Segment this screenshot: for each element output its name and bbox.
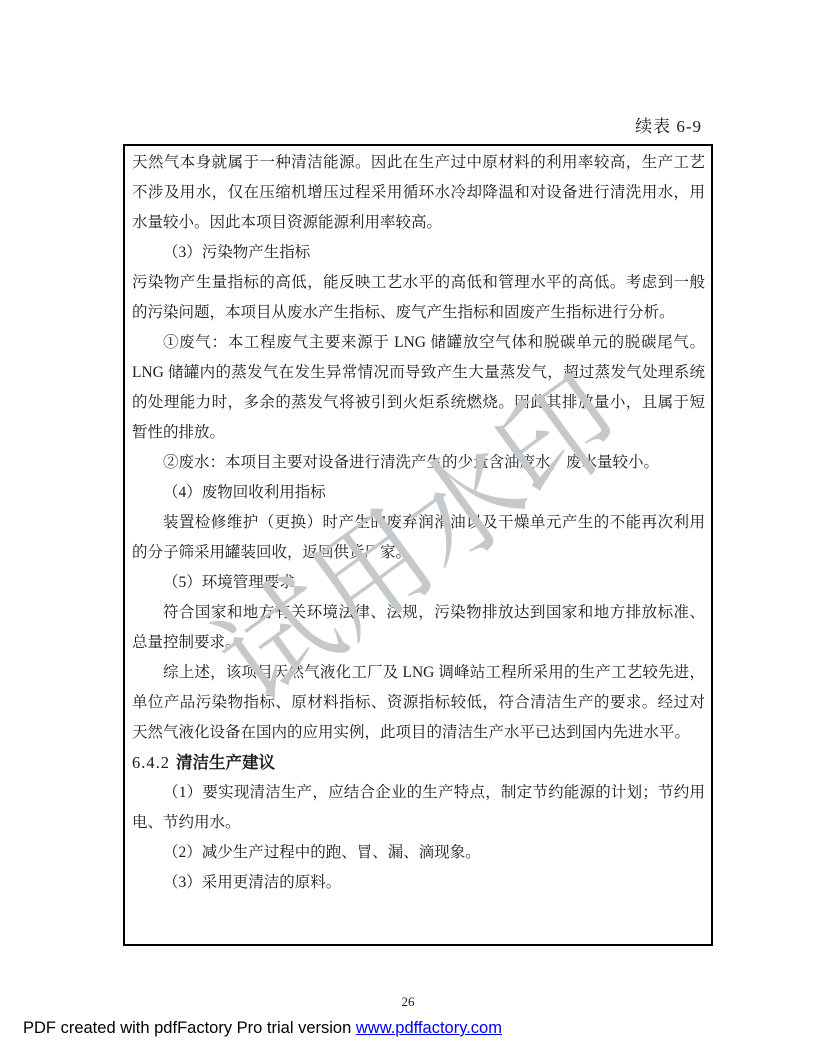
section-title: 清洁生产建议 bbox=[176, 753, 275, 772]
paragraph-waste-recycle: 装置检修维护（更换）时产生的废弃润滑油以及干燥单元产生的不能再次利用的分子筛采用… bbox=[132, 508, 705, 568]
paragraph-suggestion-3: （3）采用更清洁的原料。 bbox=[132, 868, 705, 898]
pdffactory-link[interactable]: www.pdffactory.com bbox=[356, 1019, 502, 1037]
paragraph-waste-water: ②废水：本项目主要对设备进行清洗产生的少量含油废水，废水量较小。 bbox=[132, 448, 705, 478]
paragraph-env-management: 符合国家和地方有关环境法律、法规，污染物排放达到国家和地方排放标准、总量控制要求… bbox=[132, 598, 705, 658]
document-page: { "page": { "continuation_label": "续表 6-… bbox=[0, 0, 816, 1056]
paragraph-item4-title: （4）废物回收利用指标 bbox=[132, 478, 705, 508]
paragraph-item5-title: （5）环境管理要求 bbox=[132, 568, 705, 598]
table-continuation-label: 续表 6-9 bbox=[635, 112, 702, 137]
paragraph-item3-title: （3）污染物产生指标 bbox=[132, 238, 705, 268]
content-table: 天然气本身就属于一种清洁能源。因此在生产过中原材料的利用率较高，生产工艺不涉及用… bbox=[123, 144, 713, 946]
paragraph-natural-gas-intro: 天然气本身就属于一种清洁能源。因此在生产过中原材料的利用率较高，生产工艺不涉及用… bbox=[132, 148, 705, 238]
section-heading-6-4-2: 6.4.2清洁生产建议 bbox=[132, 748, 705, 778]
paragraph-waste-gas: ①废气：本工程废气主要来源于 LNG 储罐放空气体和脱碳单元的脱碳尾气。LNG … bbox=[132, 328, 705, 448]
paragraph-suggestion-2: （2）减少生产过程中的跑、冒、漏、滴现象。 bbox=[132, 838, 705, 868]
paragraph-suggestion-1: （1）要实现清洁生产，应结合企业的生产特点，制定节约能源的计划；节约用电、节约用… bbox=[132, 778, 705, 838]
page-number: 26 bbox=[0, 994, 816, 1010]
pdf-footer-note: PDF created with pdfFactory Pro trial ve… bbox=[23, 1019, 502, 1038]
section-number: 6.4.2 bbox=[132, 753, 170, 772]
paragraph-summary: 综上述，该项目天然气液化工厂及 LNG 调峰站工程所采用的生产工艺较先进，单位产… bbox=[132, 658, 705, 748]
pdf-footer-text: PDF created with pdfFactory Pro trial ve… bbox=[23, 1019, 356, 1037]
paragraph-pollutant-indicator: 污染物产生量指标的高低，能反映工艺水平的高低和管理水平的高低。考虑到一般的污染问… bbox=[132, 268, 705, 328]
